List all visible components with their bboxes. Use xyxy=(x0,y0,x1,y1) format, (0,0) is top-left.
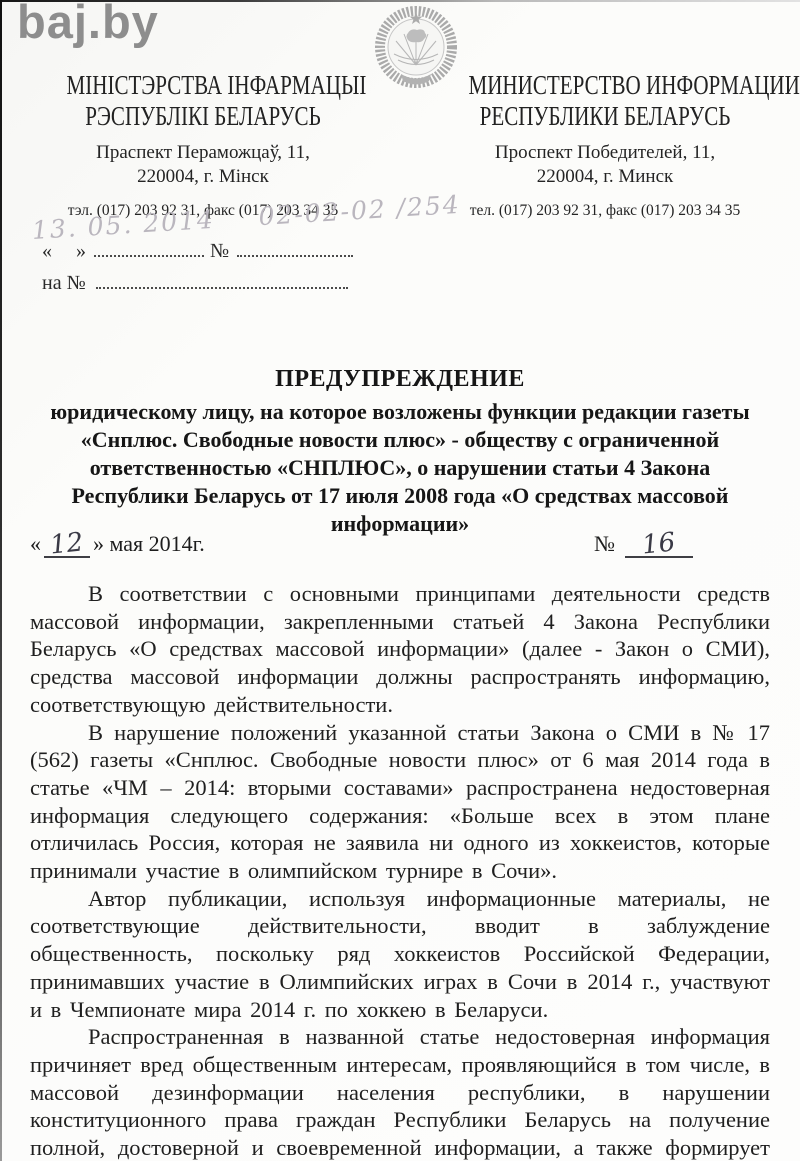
ministry-name-ru-line2: РЕСПУБЛИКИ БЕЛАРУСЬ xyxy=(469,101,742,132)
phone-ru: тел. (017) 203 92 31, факс (017) 203 34 … xyxy=(430,202,780,220)
addressee-line: Республики Беларусь от 17 июля 2008 года… xyxy=(30,482,770,510)
open-quote: « xyxy=(42,240,52,262)
addressee-line: «Снплюс. Свободные новости плюс» - общес… xyxy=(30,426,770,454)
address-by: Праспект Пераможцаў, 11, 220004, г. Мінс… xyxy=(28,141,378,189)
address-ru-line2: 220004, г. Минск xyxy=(430,165,780,189)
issue-date-and-number-line: «12» мая 2014г. №16 xyxy=(30,530,770,564)
body-paragraph: Автор публикации, используя информационн… xyxy=(30,885,770,1024)
ref-reply-line: на № xyxy=(42,272,353,304)
scanned-letter-page: baj.by МІНІСТЭРСТВА ІНФАРМАЦЫІ РЭСПУБЛІК… xyxy=(0,0,800,1161)
document-title: ПРЕДУПРЕЖДЕНИЕ xyxy=(0,366,800,393)
number-sign: № xyxy=(594,531,615,556)
body-paragraph: Распространенная в названной статье недо… xyxy=(30,1023,770,1161)
body-paragraph: В нарушение положений указанной статьи З… xyxy=(30,719,770,885)
reply-to-number-label: на № xyxy=(42,272,86,294)
address-ru-line1: Проспект Победителей, 11, xyxy=(430,141,780,165)
watermark-logo: baj.by xyxy=(17,0,159,49)
letterhead-russian: МИНИСТЕРСТВО ИНФОРМАЦИИ РЕСПУБЛИКИ БЕЛАР… xyxy=(430,70,780,220)
reply-dotted-line xyxy=(96,272,348,289)
open-quote: « xyxy=(30,531,41,556)
address-ru: Проспект Победителей, 11, 220004, г. Мин… xyxy=(430,141,780,189)
ministry-name-by-line1: МІНІСТЭРСТВА ІНФАРМАЦЫІ xyxy=(67,70,340,101)
address-by-line1: Праспект Пераможцаў, 11, xyxy=(28,141,378,165)
ref-date-number-line: «»№ xyxy=(42,240,353,272)
close-quote: » xyxy=(76,240,86,262)
handwritten-document-number: 16 xyxy=(641,529,677,558)
ministry-name-by-line2: РЭСПУБЛІКІ БЕЛАРУСЬ xyxy=(67,101,340,132)
issue-date-tail: мая 2014г. xyxy=(110,531,205,556)
handwritten-day-slot: 12 xyxy=(44,530,90,558)
addressee-line: ответственностью «СНПЛЮС», о нарушении с… xyxy=(30,454,770,482)
date-dotted-line xyxy=(94,240,204,257)
document-number: №16 xyxy=(594,530,696,558)
letter-body: В соответствии с основными принципами де… xyxy=(30,580,770,1161)
body-paragraph: В соответствии с основными принципами де… xyxy=(30,580,770,719)
handwritten-day: 12 xyxy=(49,529,85,558)
ministry-name-ru-line1: МИНИСТЕРСТВО ИНФОРМАЦИИ xyxy=(469,70,742,101)
addressee-paragraph: юридическому лицу, на которое возложены … xyxy=(30,398,770,538)
number-sign: № xyxy=(210,240,229,262)
reference-block: «»№ на № xyxy=(42,240,353,304)
handwritten-number-slot: 16 xyxy=(625,530,693,558)
addressee-line: юридическому лицу, на которое возложены … xyxy=(30,398,770,426)
scan-edge-left xyxy=(0,0,2,1161)
issue-date: «12» мая 2014г. xyxy=(30,530,205,558)
number-dotted-line xyxy=(237,240,353,257)
address-by-line2: 220004, г. Мінск xyxy=(28,165,378,189)
close-quote: » xyxy=(93,531,104,556)
